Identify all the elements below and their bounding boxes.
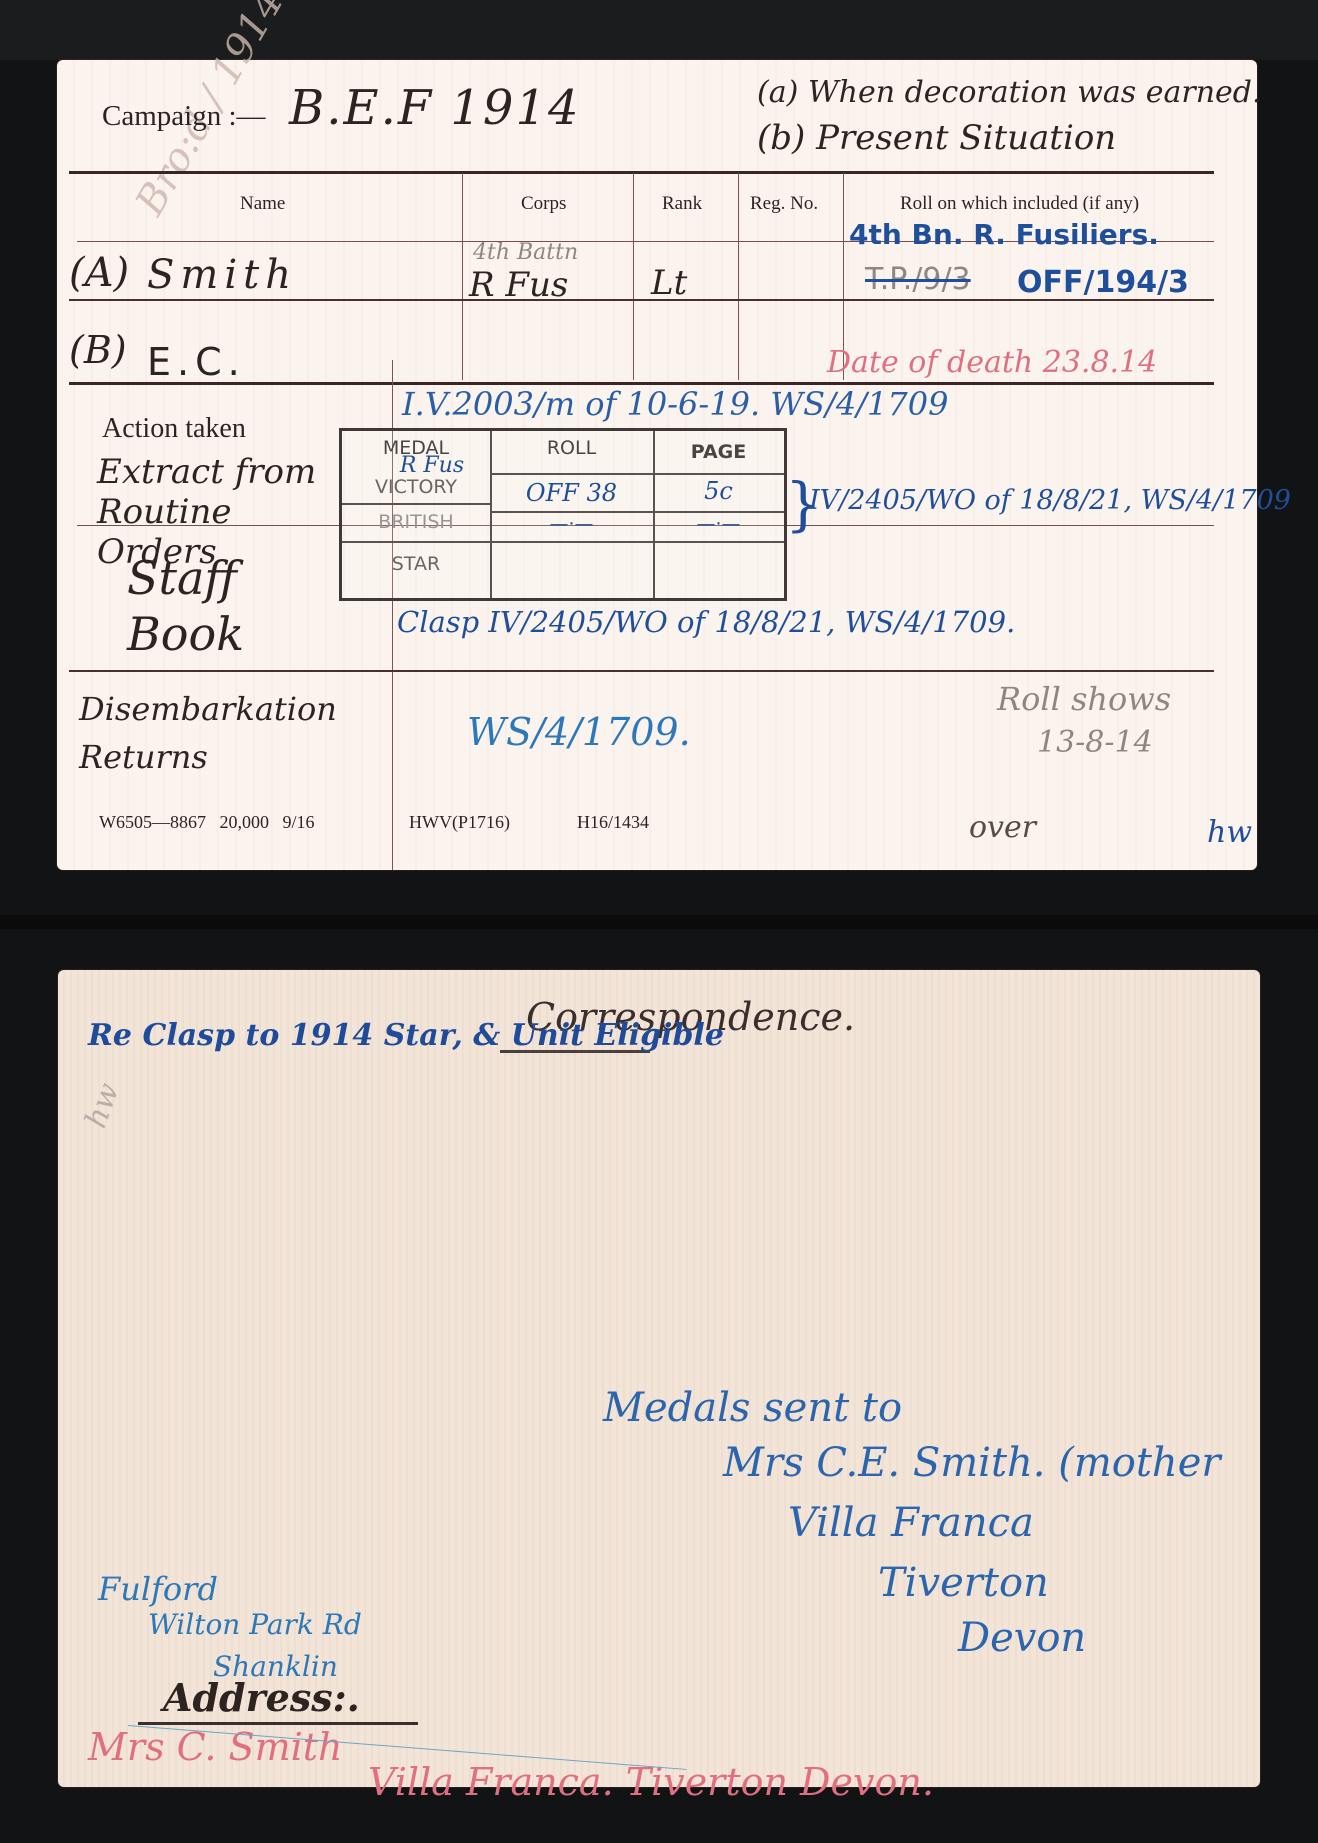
stamp-medal-star: STAR (342, 553, 490, 575)
stamp-roll-victory: OFF 38 (490, 479, 653, 507)
col-header-rank: Rank (662, 193, 702, 215)
stamp-page-british: —·— (653, 513, 784, 535)
medal-card-front: Bro:d / 1914 Campaign :— B.E.F 1914 (a) … (57, 60, 1257, 870)
col-header-roll: Roll on which included (if any) (900, 193, 1139, 215)
scanner-divider (0, 915, 1318, 929)
row-a-corps-note: 4th Battn (473, 240, 578, 265)
row-a-rule (69, 299, 1214, 301)
col-divider-regno (738, 173, 739, 380)
disembarkation-label: Disembarkation Returns (79, 685, 359, 781)
action-ref-bracket: IV/2405/WO of 18/8/21, WS/4/1709 (809, 485, 1291, 516)
stamp-header-roll: ROLL (490, 437, 653, 459)
col-header-regno: Reg. No. (750, 193, 818, 215)
row-b-marker: (B) (69, 328, 127, 372)
medals-sent-line-2: Mrs C.E. Smith. (mother (723, 1440, 1220, 1486)
action-note-2: Staff Book (127, 550, 357, 662)
legend-b: (b) Present Situation (757, 118, 1116, 158)
legend-a: (a) When decoration was earned. (757, 75, 1262, 110)
print-code-left: W6505—8867 20,000 9/16 (99, 812, 315, 833)
row-a-roll: OFF/194/3 (1017, 265, 1189, 300)
stamp-medal-note: R Fus (382, 453, 482, 478)
campaign-value: B.E.F 1914 (289, 80, 581, 136)
margin-pencil-mark: hw (78, 1078, 126, 1132)
col-divider-corps (462, 173, 463, 380)
medal-card-back: Correspondence. Re Clasp to 1914 Star, &… (58, 970, 1260, 1787)
stamp-medal-victory: VICTORY (342, 476, 490, 498)
medal-roll-stamp: MEDAL ROLL PAGE VICTORY R Fus OFF 38 5c … (339, 428, 787, 601)
medals-sent-line-1: Medals sent to (603, 1385, 902, 1431)
disembarkation-rule (69, 670, 1214, 672)
row-a-surname: Smith (147, 252, 297, 298)
medals-sent-line-4: Tiverton (878, 1560, 1049, 1606)
print-code-mid: HWV(P1716) (409, 812, 510, 833)
over-note: over (969, 810, 1036, 845)
action-ref-top: I.V.2003/m of 10-6-19. WS/4/1709 (402, 385, 948, 423)
campaign-label: Campaign :— (102, 100, 266, 133)
row-a-roll-unit: 4th Bn. R. Fusiliers. (849, 218, 1159, 251)
roll-shows-date: 13-8-14 (1037, 725, 1153, 760)
stamp-header-page: PAGE (653, 441, 784, 463)
col-divider-rank (633, 173, 634, 380)
action-taken-label: Action taken (102, 413, 246, 445)
stamp-page-victory: 5c (653, 477, 784, 505)
col-header-name: Name (240, 193, 285, 215)
roll-shows-label: Roll shows (997, 680, 1171, 718)
stamp-roll-british: —·— (490, 513, 653, 535)
initials: hw (1207, 815, 1252, 850)
print-code-right: H16/1434 (577, 812, 649, 833)
stamp-medal-british: BRITISH (342, 511, 490, 533)
row-a-marker: (A) (69, 250, 129, 296)
row-b-initials: E.C. (147, 340, 246, 384)
scanner-background-top (0, 0, 1318, 60)
action-ref-clasp: Clasp IV/2405/WO of 18/8/21, WS/4/1709. (397, 605, 1015, 639)
correspondence-note: Re Clasp to 1914 Star, & Unit Eligible (88, 1018, 724, 1053)
col-header-corps: Corps (521, 193, 566, 215)
address-label: Address:. (163, 1675, 360, 1720)
medals-sent-line-5: Devon (958, 1615, 1086, 1661)
address-blue-line-2: Wilton Park Rd (148, 1608, 362, 1641)
row-a-rank: Lt (651, 263, 687, 303)
medals-sent-line-3: Villa Franca (788, 1500, 1034, 1546)
header-rule (69, 171, 1214, 174)
address-blue-line-1: Fulford (98, 1570, 218, 1608)
date-of-death: Date of death 23.8.14 (827, 345, 1157, 380)
row-a-roll-struck: T.P./9/3 (865, 262, 971, 297)
disembarkation-value: WS/4/1709. (467, 710, 691, 754)
